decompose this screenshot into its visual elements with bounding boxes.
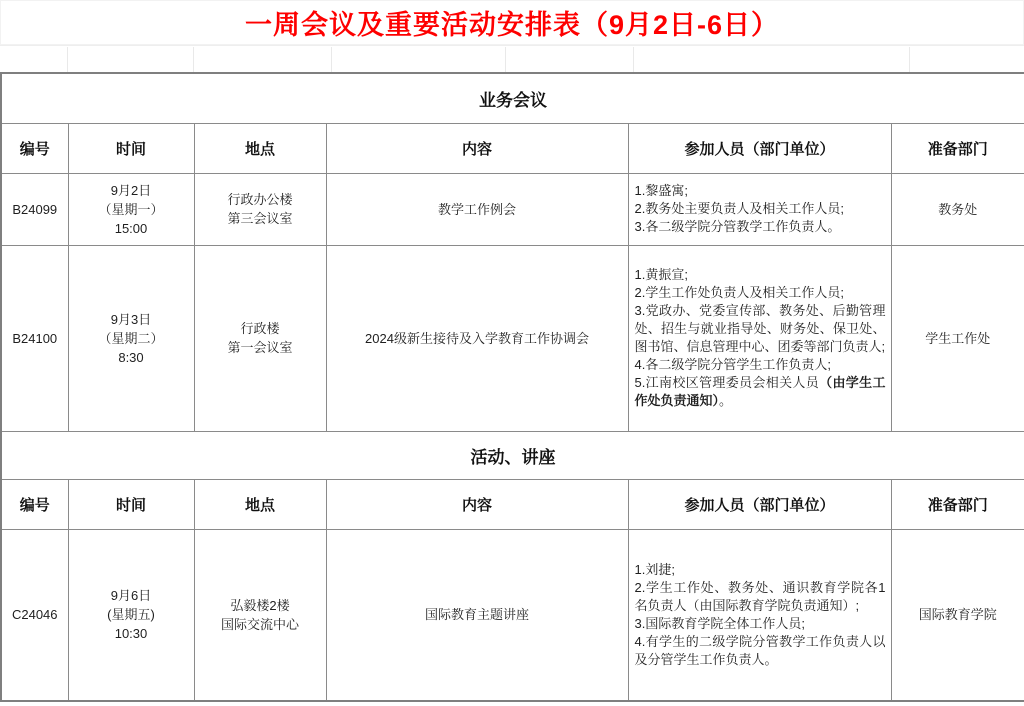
col-header-participants: 参加人员（部门单位）	[628, 479, 891, 529]
id-cell: C24046	[1, 529, 68, 701]
table-row-b24099: B24099 9月2日 （星期一） 15:00 行政办公楼 第三会议室 教学工作…	[1, 173, 1024, 245]
participant-line: 3.党政办、党委宣传部、教务处、后勤管理处、招生与就业指导处、财务处、保卫处、图…	[635, 302, 886, 356]
col-header-id: 编号	[1, 123, 68, 173]
content-cell: 教学工作例会	[326, 173, 628, 245]
col-header-time: 时间	[68, 123, 194, 173]
schedule-table: 业务会议 编号 时间 地点 内容 参加人员（部门单位） 准备部门 B24099 …	[0, 72, 1024, 702]
content-cell: 2024级新生接待及入学教育工作协调会	[326, 245, 628, 431]
participant-line: 2.学生工作处负责人及相关工作人员;	[635, 284, 886, 302]
participant-line: 2.学生工作处、教务处、通识教育学院各1名负责人（由国际教育学院负责通知）;	[635, 579, 886, 615]
col-header-prep: 准备部门	[891, 479, 1024, 529]
page-title-text: 一周会议及重要活动安排表（9月2日-6日）	[245, 3, 779, 42]
time-cell: 9月6日 (星期五) 10:30	[68, 529, 194, 701]
section-header-activities: 活动、讲座	[1, 431, 1024, 479]
participant-line: 2.教务处主要负责人及相关工作人员;	[635, 200, 886, 218]
participants-cell: 1.黄振宣; 2.学生工作处负责人及相关工作人员; 3.党政办、党委宣传部、教务…	[628, 245, 891, 431]
time-cell: 9月2日 （星期一） 15:00	[68, 173, 194, 245]
prep-cell: 国际教育学院	[891, 529, 1024, 701]
col-header-prep: 准备部门	[891, 123, 1024, 173]
grid-line	[505, 47, 506, 73]
grid-spacer-row	[0, 45, 1024, 73]
grid-line	[909, 47, 910, 73]
participants-cell: 1.刘捷; 2.学生工作处、教务处、通识教育学院各1名负责人（由国际教育学院负责…	[628, 529, 891, 701]
section-row-activities: 活动、讲座	[1, 431, 1024, 479]
prep-cell: 学生工作处	[891, 245, 1024, 431]
section-header-business: 业务会议	[1, 73, 1024, 123]
col-header-content: 内容	[326, 123, 628, 173]
content-cell: 国际教育主题讲座	[326, 529, 628, 701]
weekly-schedule-page: 一周会议及重要活动安排表（9月2日-6日） 业务会议 编号 时间 地点 内容 参…	[0, 0, 1024, 706]
participant-line: 1.刘捷;	[635, 561, 886, 579]
participant-line: 5.江南校区管理委员会相关人员（由学生工作处负责通知）。	[635, 374, 886, 410]
col-header-participants: 参加人员（部门单位）	[628, 123, 891, 173]
column-header-row: 编号 时间 地点 内容 参加人员（部门单位） 准备部门	[1, 479, 1024, 529]
participant-line: 1.黎盛寓;	[635, 182, 886, 200]
grid-line	[633, 47, 634, 73]
prep-cell: 教务处	[891, 173, 1024, 245]
col-header-location: 地点	[194, 123, 326, 173]
time-cell: 9月3日 （星期二） 8:30	[68, 245, 194, 431]
table-row-b24100: B24100 9月3日 （星期二） 8:30 行政楼 第一会议室 2024级新生…	[1, 245, 1024, 431]
col-header-location: 地点	[194, 479, 326, 529]
section-row-business: 业务会议	[1, 73, 1024, 123]
location-cell: 弘毅楼2楼 国际交流中心	[194, 529, 326, 701]
col-header-content: 内容	[326, 479, 628, 529]
col-header-time: 时间	[68, 479, 194, 529]
page-title: 一周会议及重要活动安排表（9月2日-6日）	[0, 0, 1024, 45]
location-cell: 行政楼 第一会议室	[194, 245, 326, 431]
grid-line	[331, 47, 332, 73]
column-header-row: 编号 时间 地点 内容 参加人员（部门单位） 准备部门	[1, 123, 1024, 173]
participant-line: 3.国际教育学院全体工作人员;	[635, 615, 886, 633]
participant-line: 3.各二级学院分管教学工作负责人。	[635, 218, 886, 236]
grid-line	[67, 47, 68, 73]
participants-cell: 1.黎盛寓; 2.教务处主要负责人及相关工作人员; 3.各二级学院分管教学工作负…	[628, 173, 891, 245]
col-header-id: 编号	[1, 479, 68, 529]
id-cell: B24099	[1, 173, 68, 245]
grid-line	[193, 47, 194, 73]
participant-line: 4.有学生的二级学院分管教学工作负责人以及分管学生工作负责人。	[635, 633, 886, 669]
id-cell: B24100	[1, 245, 68, 431]
participant-line: 4.各二级学院分管学生工作负责人;	[635, 356, 886, 374]
location-cell: 行政办公楼 第三会议室	[194, 173, 326, 245]
table-row-c24046: C24046 9月6日 (星期五) 10:30 弘毅楼2楼 国际交流中心 国际教…	[1, 529, 1024, 701]
participant-line: 1.黄振宣;	[635, 266, 886, 284]
